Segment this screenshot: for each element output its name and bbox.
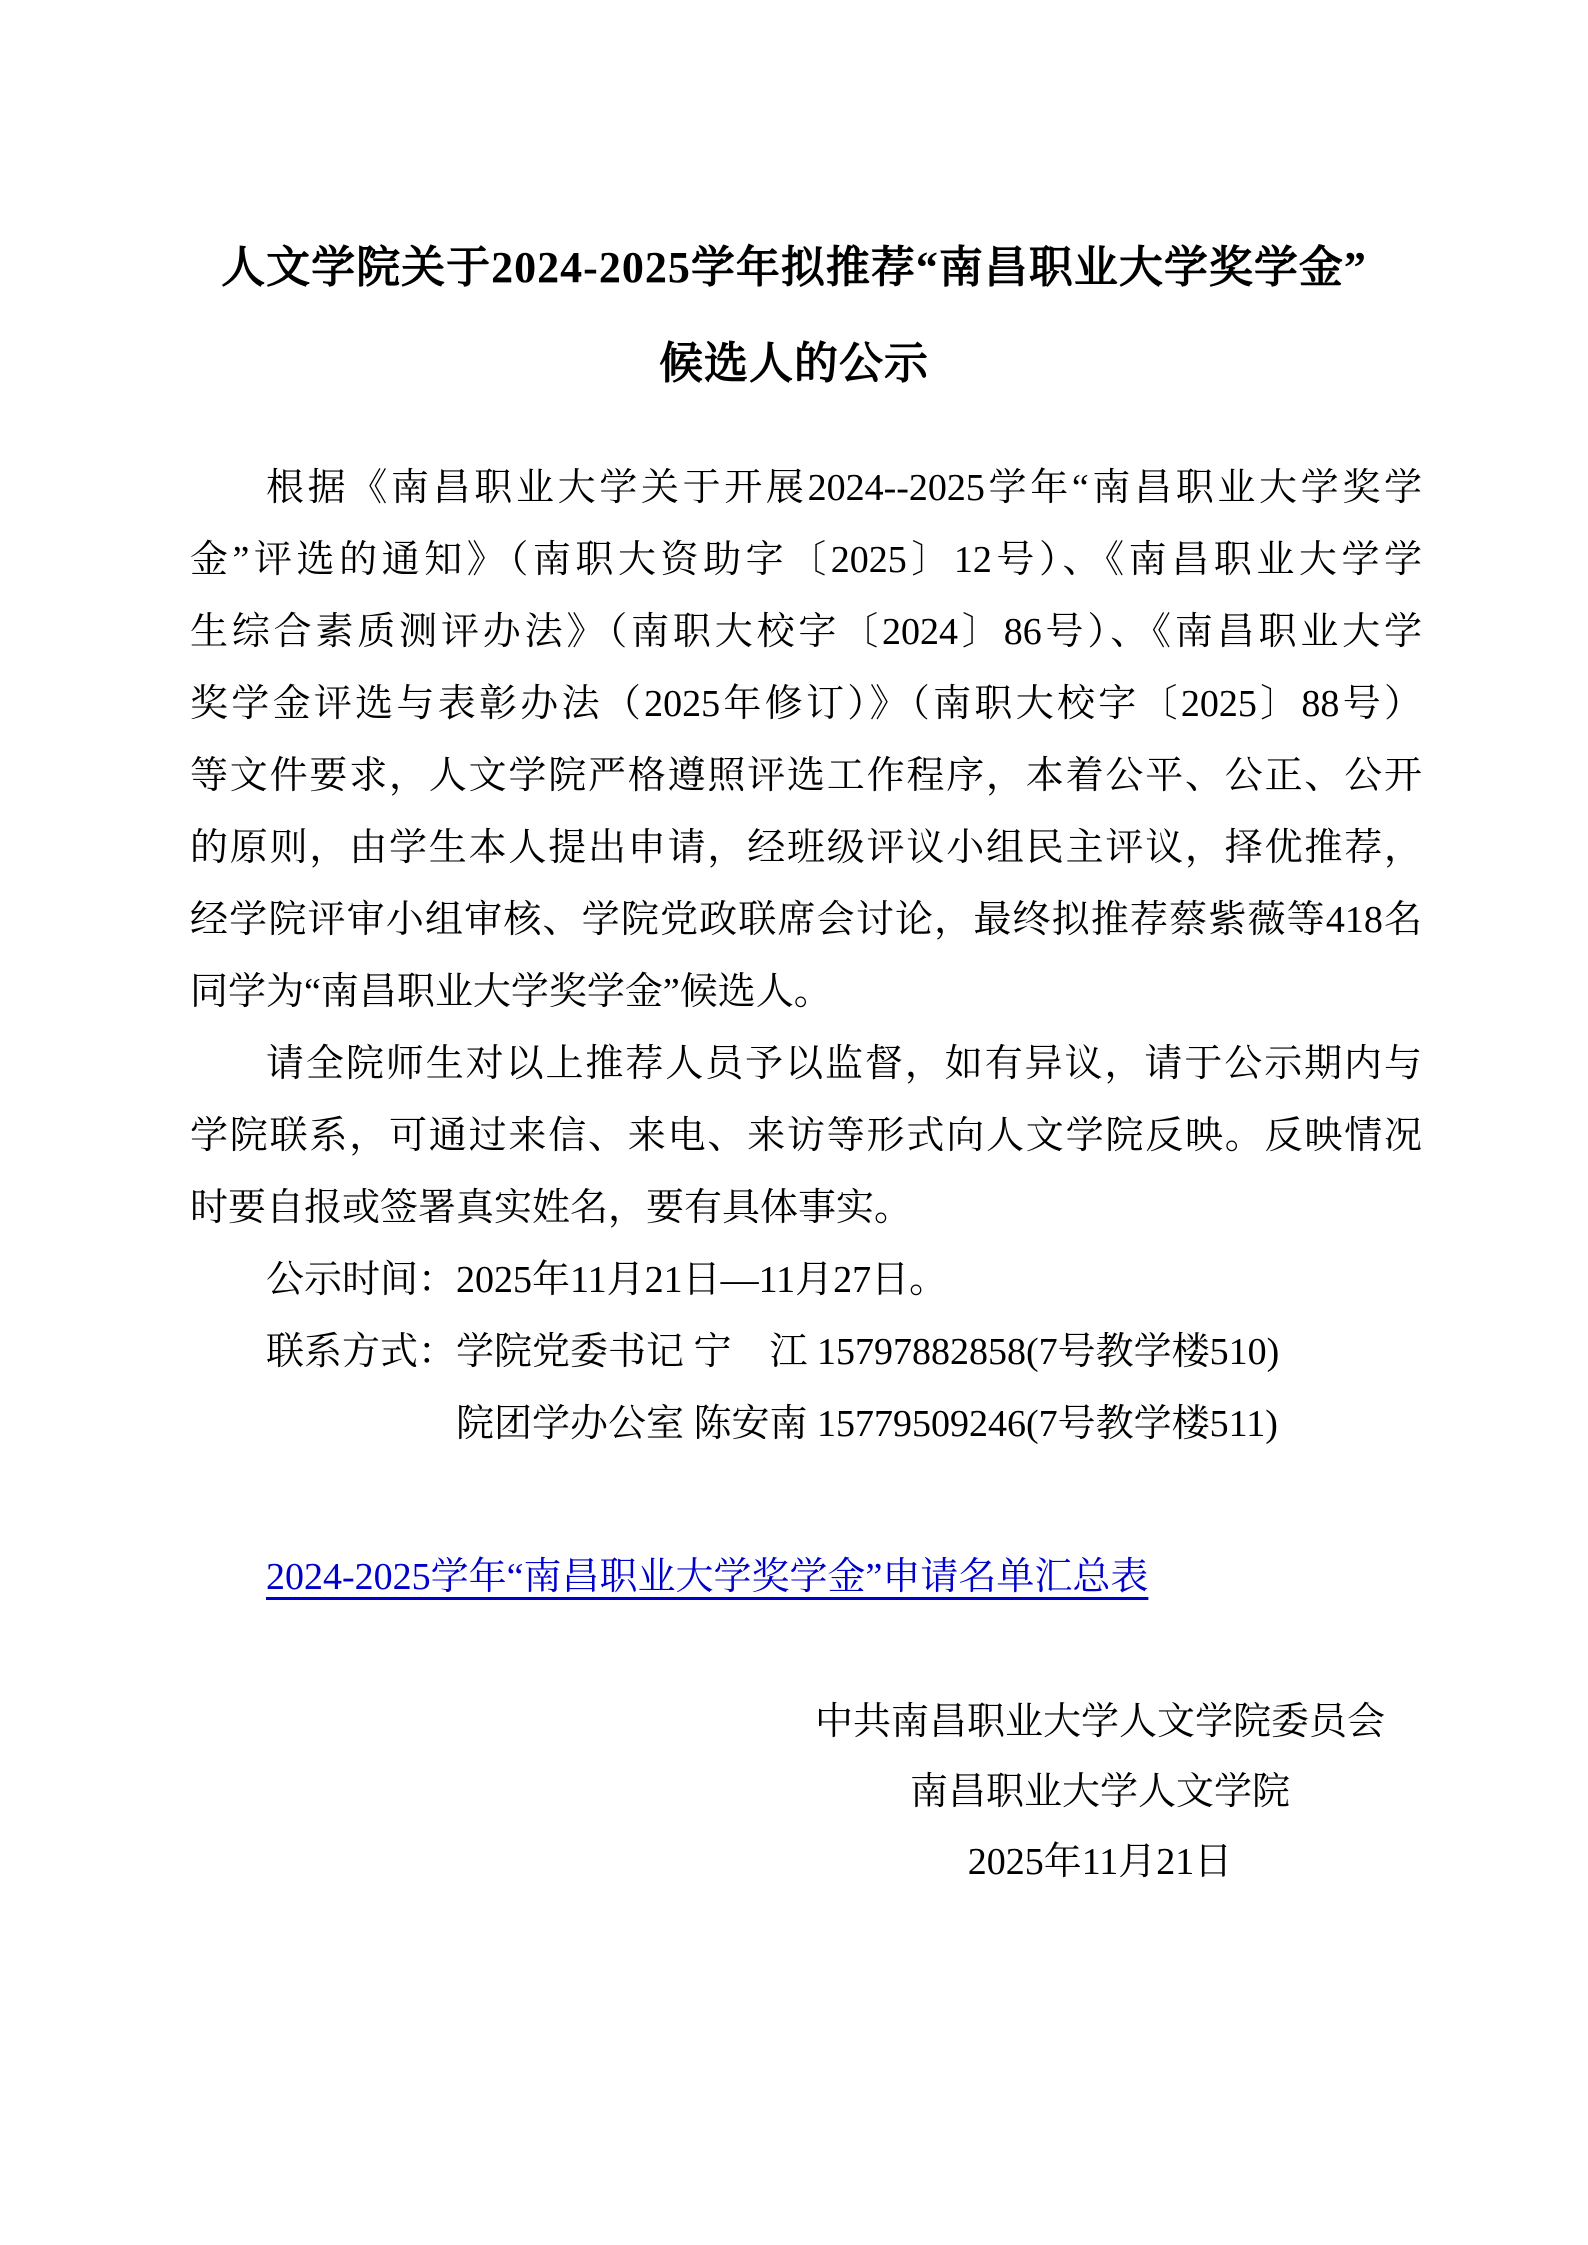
paragraph-1-line: 根据《南昌职业大学关于开展2024--2025学年“南昌职业大学奖学 (190, 452, 1422, 524)
summary-table-link-line: 2024-2025学年“南昌职业大学奖学金”申请名单汇总表 (190, 1541, 1422, 1613)
paragraph-1-line: 金”评选的通知》（南职大资助字〔2025〕12号）、《南昌职业大学学 (190, 524, 1422, 596)
document-body: 根据《南昌职业大学关于开展2024--2025学年“南昌职业大学奖学 金”评选的… (190, 452, 1422, 1460)
signature-committee: 中共南昌职业大学人文学院委员会 (790, 1687, 1410, 1757)
paragraph-1-line: 奖学金评选与表彰办法（2025年修订）》（南职大校字〔2025〕88号） (190, 668, 1422, 740)
signature-date: 2025年11月21日 (790, 1827, 1410, 1897)
document-page: 人文学院关于2024-2025学年拟推荐“南昌职业大学奖学金” 候选人的公示 根… (0, 0, 1588, 2245)
signature-college: 南昌职业大学人文学院 (790, 1757, 1410, 1827)
contact-line-office: 院团学办公室 陈安南 15779509246(7号教学楼511) (190, 1388, 1422, 1460)
paragraph-1-line: 的原则，由学生本人提出申请，经班级评议小组民主评议，择优推荐， (190, 812, 1422, 884)
contact-line-secretary: 联系方式：学院党委书记 宁 江 15797882858(7号教学楼510) (190, 1316, 1422, 1388)
paragraph-2-line: 时要自报或签署真实姓名，要有具体事实。 (190, 1172, 1422, 1244)
paragraph-1-line: 生综合素质测评办法》（南职大校字〔2024〕86号）、《南昌职业大学 (190, 596, 1422, 668)
title-line-2: 候选人的公示 (0, 316, 1588, 412)
paragraph-1-line: 经学院评审小组审核、学院党政联席会讨论，最终拟推荐蔡紫薇等418名 (190, 884, 1422, 956)
signature-block: 中共南昌职业大学人文学院委员会 南昌职业大学人文学院 2025年11月21日 (790, 1687, 1410, 1897)
paragraph-1-line: 等文件要求，人文学院严格遵照评选工作程序，本着公平、公正、公开 (190, 740, 1422, 812)
paragraph-2-line: 学院联系，可通过来信、来电、来访等形式向人文学院反映。反映情况 (190, 1100, 1422, 1172)
paragraph-1-line: 同学为“南昌职业大学奖学金”候选人。 (190, 956, 1422, 1028)
paragraph-2-line: 请全院师生对以上推荐人员予以监督，如有异议，请于公示期内与 (190, 1028, 1422, 1100)
title-line-1: 人文学院关于2024-2025学年拟推荐“南昌职业大学奖学金” (0, 220, 1588, 316)
summary-table-link[interactable]: 2024-2025学年“南昌职业大学奖学金”申请名单汇总表 (266, 1556, 1148, 1598)
document-title: 人文学院关于2024-2025学年拟推荐“南昌职业大学奖学金” 候选人的公示 (0, 220, 1588, 412)
publicity-period: 公示时间：2025年11月21日—11月27日。 (190, 1244, 1422, 1316)
